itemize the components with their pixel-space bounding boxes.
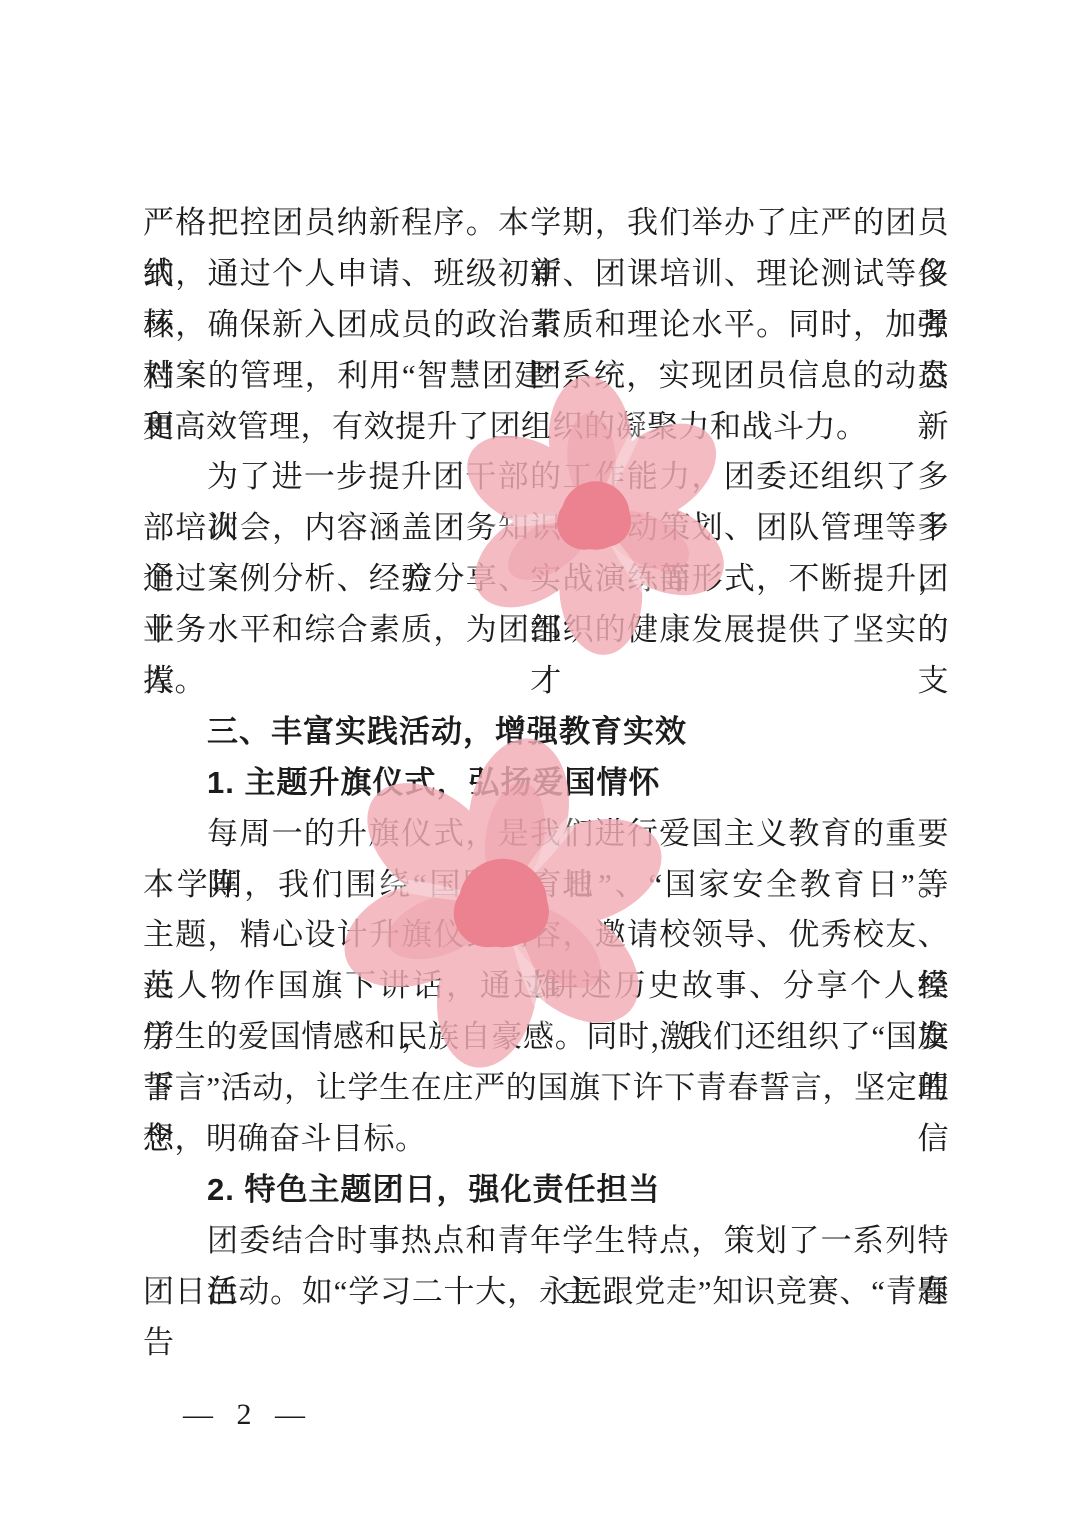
text-line: 誓言”活动，让学生在庄严的国旗下许下青春誓言，坚定理想信 xyxy=(143,1063,949,1114)
text-line: 学生的爱国情感和民族自豪感。同时，我们还组织了“国旗下的 xyxy=(143,1012,949,1063)
text-line: 本学期，我们围绕“国防教育日”、“国家安全教育日”等 xyxy=(143,860,949,911)
heading-line: 1. 主题升旗仪式，弘扬爱国情怀 xyxy=(143,758,949,809)
document-text-block: 严格把控团员纳新程序。本学期，我们举办了庄严的团员纳新仪式，通过个人申请、班级初… xyxy=(143,198,949,1318)
text-line: 和高效管理，有效提升了团组织的凝聚力和战斗力。 xyxy=(143,402,949,453)
page-number: — 2 — xyxy=(183,1398,313,1432)
text-line: 范人物作国旗下讲话，通过讲述历史故事、分享个人经历，激发 xyxy=(143,961,949,1012)
text-line: 为了进一步提升团干部的工作能力，团委还组织了多次团干 xyxy=(143,452,949,503)
document-page: 严格把控团员纳新程序。本学期，我们举办了庄严的团员纳新仪式，通过个人申请、班级初… xyxy=(0,0,1080,1527)
text-line: 式，通过个人申请、班级初审、团课培训、理论测试等多环节考 xyxy=(143,249,949,300)
text-line: 核，确保新入团成员的政治素质和理论水平。同时，加强对团员 xyxy=(143,300,949,351)
text-line: 业务水平和综合素质，为团组织的健康发展提供了坚实的人才支 xyxy=(143,605,949,656)
text-line: 团委结合时事热点和青年学生特点，策划了一系列特色主题 xyxy=(143,1216,949,1267)
text-line: 每周一的升旗仪式，是我们进行爱国主义教育的重要阵地。 xyxy=(143,809,949,860)
text-line: 团日活动。如“学习二十大，永远跟党走”知识竞赛、“青春告 xyxy=(143,1267,949,1318)
text-line: 档案的管理，利用“智慧团建”系统，实现团员信息的动态更新 xyxy=(143,351,949,402)
heading-line: 2. 特色主题团日，强化责任担当 xyxy=(143,1165,949,1216)
text-line: 严格把控团员纳新程序。本学期，我们举办了庄严的团员纳新仪 xyxy=(143,198,949,249)
text-line: 部培训会，内容涵盖团务知识、活动策划、团队管理等多个方面， xyxy=(143,503,949,554)
text-line: 主题，精心设计升旗仪式内容，邀请校领导、优秀校友、英雄模 xyxy=(143,910,949,961)
text-line: 通过案例分析、经验分享、实战演练等形式，不断提升团干部的 xyxy=(143,554,949,605)
heading-line: 三、丰富实践活动，增强教育实效 xyxy=(143,707,949,758)
